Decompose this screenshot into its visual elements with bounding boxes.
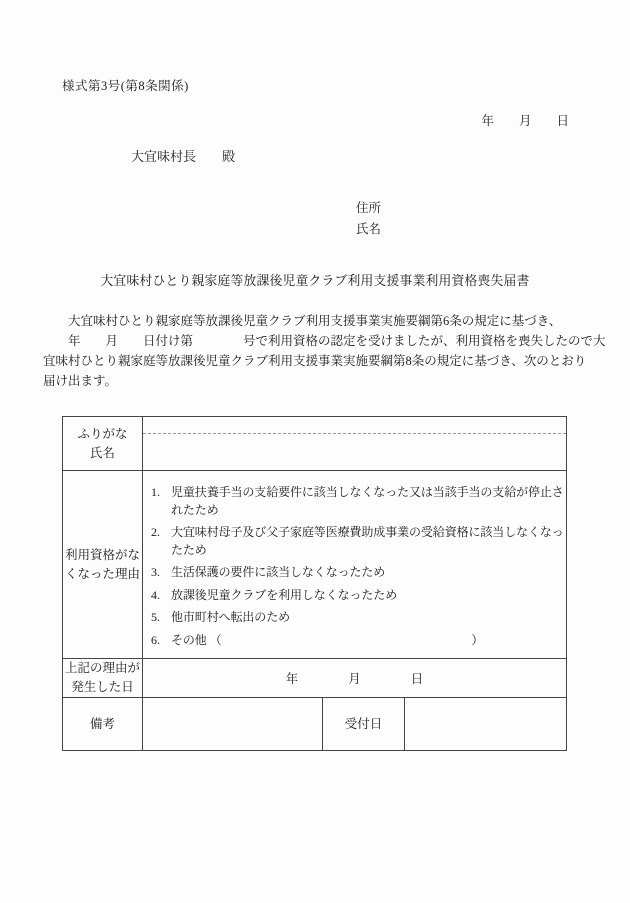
occurrence-date-input[interactable]: 年 月 日 — [143, 659, 567, 698]
form-table: ふりがな 氏名 利用資格がな くなった理由 1. 児童 — [62, 416, 567, 751]
reason-options-list: 1. 児童扶養手当の支給要件に該当しなくなった又は当該手当の支給が停止さ れたた… — [143, 475, 566, 649]
reason-option-5[interactable]: 5. 他市町村へ転出のため — [151, 609, 560, 627]
body-paragraph: 大宜味村ひとり親家庭等放課後児童クラブ利用支援事業実施要綱第6条の規定に基づき、… — [43, 311, 606, 391]
name-input[interactable] — [143, 434, 566, 470]
reception-date-label: 受付日 — [323, 698, 405, 751]
occurrence-date-label: 上記の理由が 発生した日 — [63, 659, 143, 698]
remarks-row: 備考 受付日 — [63, 698, 567, 751]
document-title: 大宜味村ひとり親家庭等放課後児童クラブ利用支援事業利用資格喪失届書 — [0, 270, 630, 289]
reason-text: 他市町村へ転出のため — [171, 609, 290, 627]
body-line-1: 大宜味村ひとり親家庭等放課後児童クラブ利用支援事業実施要綱第6条の規定に基づき、 — [43, 311, 606, 331]
reason-label-line1: 利用資格がな — [63, 546, 142, 565]
reason-option-1[interactable]: 1. 児童扶養手当の支給要件に該当しなくなった又は当該手当の支給が停止さ れたた… — [151, 484, 560, 519]
furigana-input[interactable] — [143, 417, 566, 434]
reason-options-cell: 1. 児童扶養手当の支給要件に該当しなくなった又は当該手当の支給が停止さ れたた… — [143, 471, 567, 659]
reception-date-input[interactable] — [405, 698, 567, 751]
reason-number: 3. — [151, 564, 171, 582]
furigana-name-label: ふりがな 氏名 — [63, 417, 143, 471]
address-label[interactable]: 住所 — [356, 198, 381, 219]
body-line-3: 宜味村ひとり親家庭等放課後児童クラブ利用支援事業実施要綱第8条の規定に基づき、次… — [43, 351, 606, 371]
reason-number: 6. — [151, 632, 171, 650]
reason-number: 5. — [151, 609, 171, 627]
reason-text: 放課後児童クラブを利用しなくなったため — [171, 587, 397, 605]
reason-label-line2: くなった理由 — [63, 565, 142, 584]
form-number: 様式第3号(第8条関係) — [62, 76, 189, 94]
reason-text: 生活保護の要件に該当しなくなったため — [171, 564, 385, 582]
reason-option-6[interactable]: 6. その他 （ ） — [151, 632, 560, 650]
reason-number: 4. — [151, 587, 171, 605]
reason-text: 児童扶養手当の支給要件に該当しなくなった又は当該手当の支給が停止さ れたため — [171, 484, 564, 519]
reason-option-2[interactable]: 2. 大宜味村母子及び父子家庭等医療費助成事業の受給資格に該当しなくなっ たため — [151, 524, 560, 559]
remarks-label: 備考 — [63, 698, 143, 751]
applicant-block: 住所 氏名 — [356, 198, 381, 240]
occurrence-date-label-line1: 上記の理由が — [63, 659, 142, 678]
reason-number: 2. — [151, 524, 171, 542]
reason-option-3[interactable]: 3. 生活保護の要件に該当しなくなったため — [151, 564, 560, 582]
name-entry-cell — [143, 417, 567, 471]
body-line-2: 年 月 日付け第 号で利用資格の認定を受けましたが、利用資格を喪失したので大 — [43, 331, 606, 351]
reason-label: 利用資格がな くなった理由 — [63, 471, 143, 659]
name-row: ふりがな 氏名 — [63, 417, 567, 471]
furigana-label: ふりがな — [63, 425, 142, 444]
reason-row: 利用資格がな くなった理由 1. 児童扶養手当の支給要件に該当しなくなった又は当… — [63, 471, 567, 659]
reason-text: その他 （ ） — [171, 632, 483, 650]
occurrence-date-label-line2: 発生した日 — [63, 678, 142, 697]
reason-number: 1. — [151, 484, 171, 502]
occurrence-date-row: 上記の理由が 発生した日 年 月 日 — [63, 659, 567, 698]
date-blank-line[interactable]: 年 月 日 — [0, 111, 630, 129]
document-page: 様式第3号(第8条関係) 年 月 日 大宜味村長 殿 住所 氏名 大宜味村ひとり… — [0, 0, 630, 903]
name-row-label: 氏名 — [63, 444, 142, 463]
addressee-line: 大宜味村長 殿 — [131, 146, 235, 165]
name-label[interactable]: 氏名 — [356, 219, 381, 240]
reason-text: 大宜味村母子及び父子家庭等医療費助成事業の受給資格に該当しなくなっ たため — [171, 524, 564, 559]
remarks-input[interactable] — [143, 698, 323, 751]
body-line-4: 届け出ます。 — [43, 371, 606, 391]
reason-option-4[interactable]: 4. 放課後児童クラブを利用しなくなったため — [151, 587, 560, 605]
